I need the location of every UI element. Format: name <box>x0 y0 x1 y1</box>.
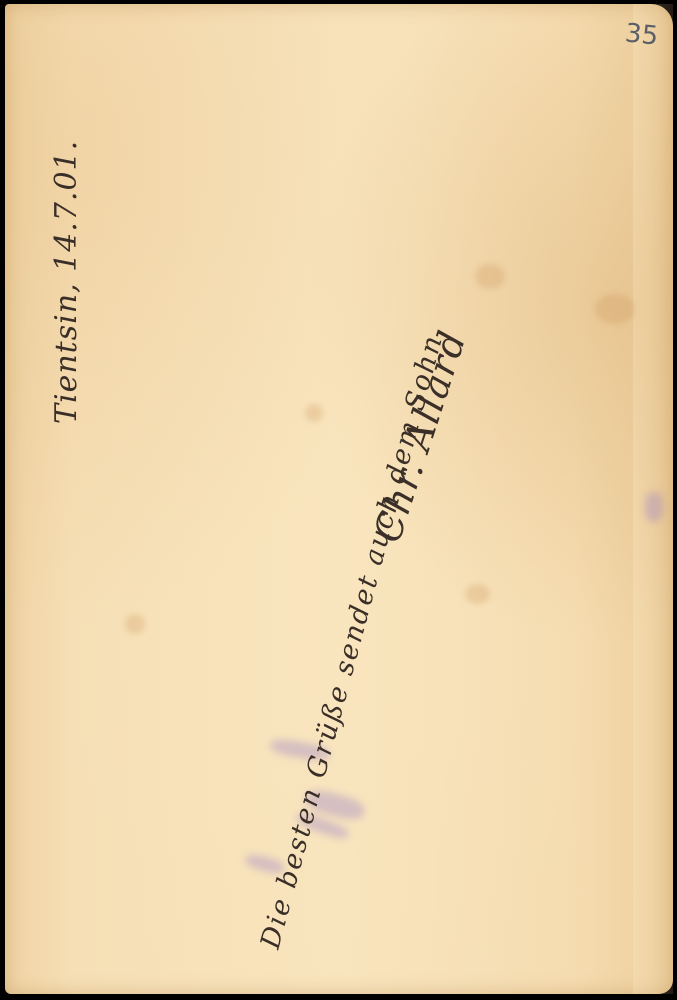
foxing-stain <box>305 404 323 422</box>
purple-stamp-smudge <box>645 492 663 522</box>
place-date-text: Tientsin, 14.7.01. <box>49 140 84 424</box>
foxing-stain <box>125 614 145 634</box>
foxing-stain <box>465 584 490 604</box>
foxing-stain <box>595 294 635 324</box>
foxing-stain <box>475 264 505 289</box>
pencil-annotation: 35 <box>624 18 660 51</box>
image-subject: Reverse side of an antique cabinet card … <box>5 4 6 5</box>
card: Tientsin, 14.7.01. Die besten Grüße send… <box>5 4 673 994</box>
